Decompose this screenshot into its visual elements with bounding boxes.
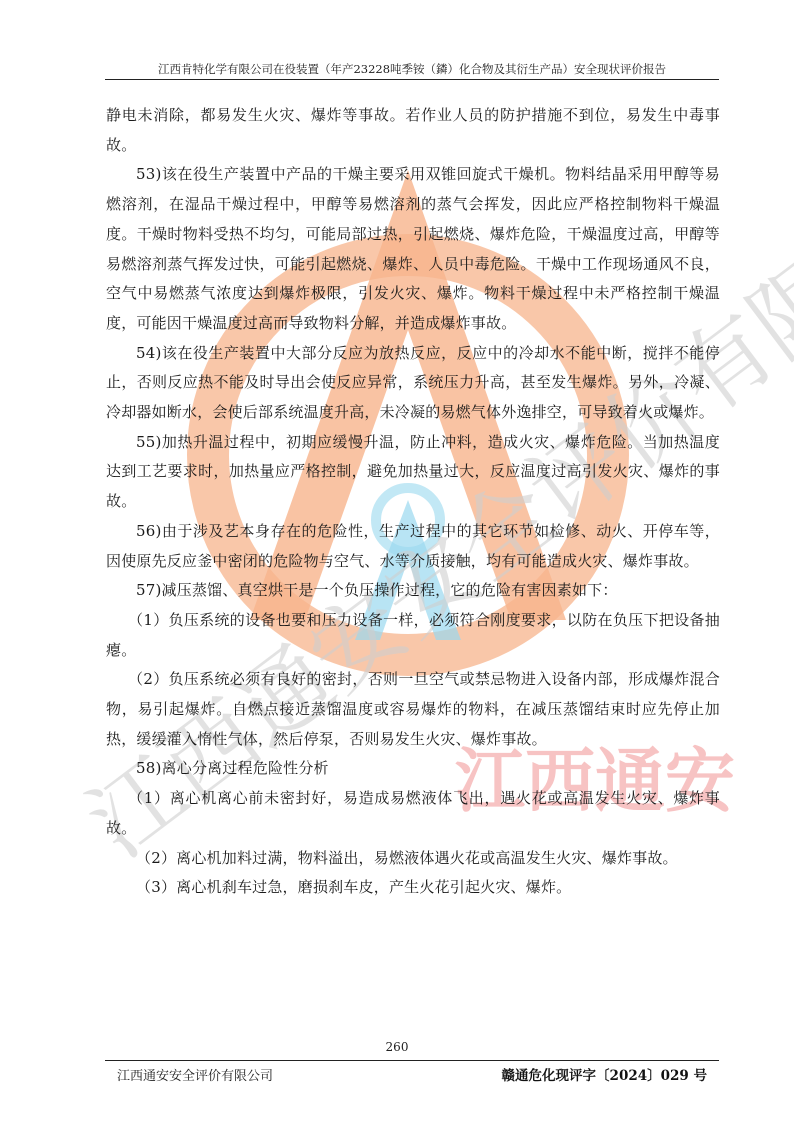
paragraph-item-57-2: （2）负压系统必须有良好的密封，否则一旦空气或禁忌物进入设备内部，形成爆炸混合物… [106, 665, 720, 754]
page-header: 江西肯特化学有限公司在役装置（年产23228吨季铵（鏻）化合物及其衍生产品）安全… [105, 60, 719, 80]
page-footer: 江西通安安全评价有限公司 赣通危化现评字〔2024〕029 号 [105, 1060, 719, 1083]
footer-report-number: 赣通危化现评字〔2024〕029 号 [502, 1064, 707, 1084]
paragraph-item-53: 53)该在役生产装置中产品的干燥主要采用双锥回旋式干燥机。物料结晶采用甲醇等易燃… [106, 160, 720, 338]
document-page: 江西通安安全评价有限公司 江西通安 江西肯特化学有限公司在役装置（年产23228… [0, 0, 794, 1123]
paragraph-item-57-1: （1）负压系统的设备也要和压力设备一样，必须符合刚度要求，以防在负压下把设备抽瘪… [106, 606, 720, 665]
header-title: 江西肯特化学有限公司在役装置（年产23228吨季铵（鏻）化合物及其衍生产品）安全… [158, 62, 666, 76]
document-body: 静电未消除，都易发生火灾、爆炸等事故。若作业人员的防护措施不到位，易发生中毒事故… [106, 101, 720, 903]
paragraph-item-58: 58)离心分离过程危险性分析 [106, 754, 720, 784]
paragraph-item-57: 57)减压蒸馏、真空烘干是一个负压操作过程，它的危险有害因素如下： [106, 576, 720, 606]
paragraph-item-58-1: （1）离心机离心前未密封好，易造成易燃液体飞出，遇火花或高温发生火灾、爆炸事故。 [106, 784, 720, 843]
page-number: 260 [0, 1040, 794, 1054]
paragraph-item-58-3: （3）离心机刹车过急，磨损刹车皮，产生火花引起火灾、爆炸。 [106, 873, 720, 903]
paragraph-item-55: 55)加热升温过程中，初期应缓慢升温，防止冲料，造成火灾、爆炸危险。当加热温度达… [106, 428, 720, 517]
paragraph-item-56: 56)由于涉及艺本身存在的危险性，生产过程中的其它环节如检修、动火、开停车等，因… [106, 517, 720, 576]
footer-company: 江西通安安全评价有限公司 [117, 1065, 273, 1084]
paragraph-item-54: 54)该在役生产装置中大部分反应为放热反应，反应中的冷却水不能中断，搅拌不能停止… [106, 339, 720, 428]
paragraph-continuation: 静电未消除，都易发生火灾、爆炸等事故。若作业人员的防护措施不到位，易发生中毒事故… [106, 101, 720, 160]
paragraph-item-58-2: （2）离心机加料过满，物料溢出，易燃液体遇火花或高温发生火灾、爆炸事故。 [106, 844, 720, 874]
